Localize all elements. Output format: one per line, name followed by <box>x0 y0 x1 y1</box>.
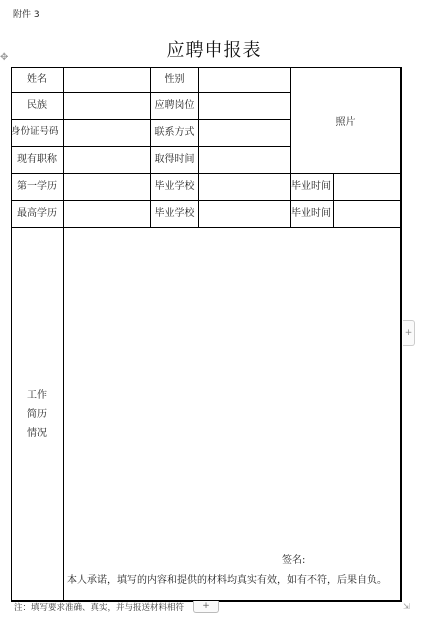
label-first-degree: 第一学历 <box>11 174 64 201</box>
work-history-label-line2: 简历 <box>27 405 47 424</box>
document-page: 附件 3 ✥ 应聘申报表 姓名 性别 民族 应聘岗位 身份证号码 联系方式 现有… <box>0 0 428 623</box>
footnote: 注：填写要求准确、真实，并与报送材料相符 <box>14 601 184 613</box>
work-history-label-line3: 情况 <box>27 424 47 443</box>
plus-icon: + <box>202 601 210 611</box>
label-grad-time-1: 毕业时间 <box>291 174 334 201</box>
label-name: 姓名 <box>11 67 64 93</box>
label-grad-time-2: 毕业时间 <box>291 201 334 228</box>
label-gender: 性别 <box>151 67 199 93</box>
label-ethnicity: 民族 <box>11 93 64 120</box>
label-contact: 联系方式 <box>151 120 199 147</box>
input-obtained-time[interactable] <box>199 147 291 174</box>
input-id-number[interactable] <box>64 120 151 147</box>
photo-label: 照片 <box>336 113 356 128</box>
input-grad-school-1[interactable] <box>199 174 291 201</box>
page-title: 应聘申报表 <box>0 36 428 62</box>
input-first-degree[interactable] <box>64 174 151 201</box>
input-professional-title[interactable] <box>64 147 151 174</box>
signature-label: 签名: <box>282 551 305 566</box>
input-grad-time-1[interactable] <box>334 174 401 201</box>
label-grad-school-1: 毕业学校 <box>151 174 199 201</box>
input-work-history[interactable]: 签名: 本人承诺，填写的内容和提供的材料均真实有效，如有不符，后果自负。 <box>64 228 401 601</box>
label-grad-school-2: 毕业学校 <box>151 201 199 228</box>
input-name[interactable] <box>64 67 151 93</box>
promise-statement: 本人承诺，填写的内容和提供的材料均真实有效，如有不符，后果自负。 <box>67 571 387 586</box>
input-gender[interactable] <box>199 67 291 93</box>
label-professional-title: 现有职称 <box>11 147 64 174</box>
label-obtained-time: 取得时间 <box>151 147 199 174</box>
add-column-button[interactable]: + <box>403 320 415 346</box>
photo-cell[interactable]: 照片 <box>291 67 401 174</box>
add-row-button[interactable]: + <box>193 601 219 613</box>
input-ethnicity[interactable] <box>64 93 151 120</box>
plus-icon: + <box>405 328 413 338</box>
label-work-history: 工作 简历 情况 <box>11 228 64 601</box>
attachment-label: 附件 3 <box>13 7 40 20</box>
input-grad-school-2[interactable] <box>199 201 291 228</box>
label-position: 应聘岗位 <box>151 93 199 120</box>
input-contact[interactable] <box>199 120 291 147</box>
input-highest-degree[interactable] <box>64 201 151 228</box>
table-resize-handle-icon[interactable]: ⇲ <box>403 602 410 611</box>
application-form-table: 姓名 性别 民族 应聘岗位 身份证号码 联系方式 现有职称 取得时间 照片 第一… <box>11 67 401 601</box>
label-id-number: 身份证号码 <box>11 120 64 147</box>
work-history-label-line1: 工作 <box>27 386 47 405</box>
label-highest-degree: 最高学历 <box>11 201 64 228</box>
input-grad-time-2[interactable] <box>334 201 401 228</box>
input-position[interactable] <box>199 93 291 120</box>
